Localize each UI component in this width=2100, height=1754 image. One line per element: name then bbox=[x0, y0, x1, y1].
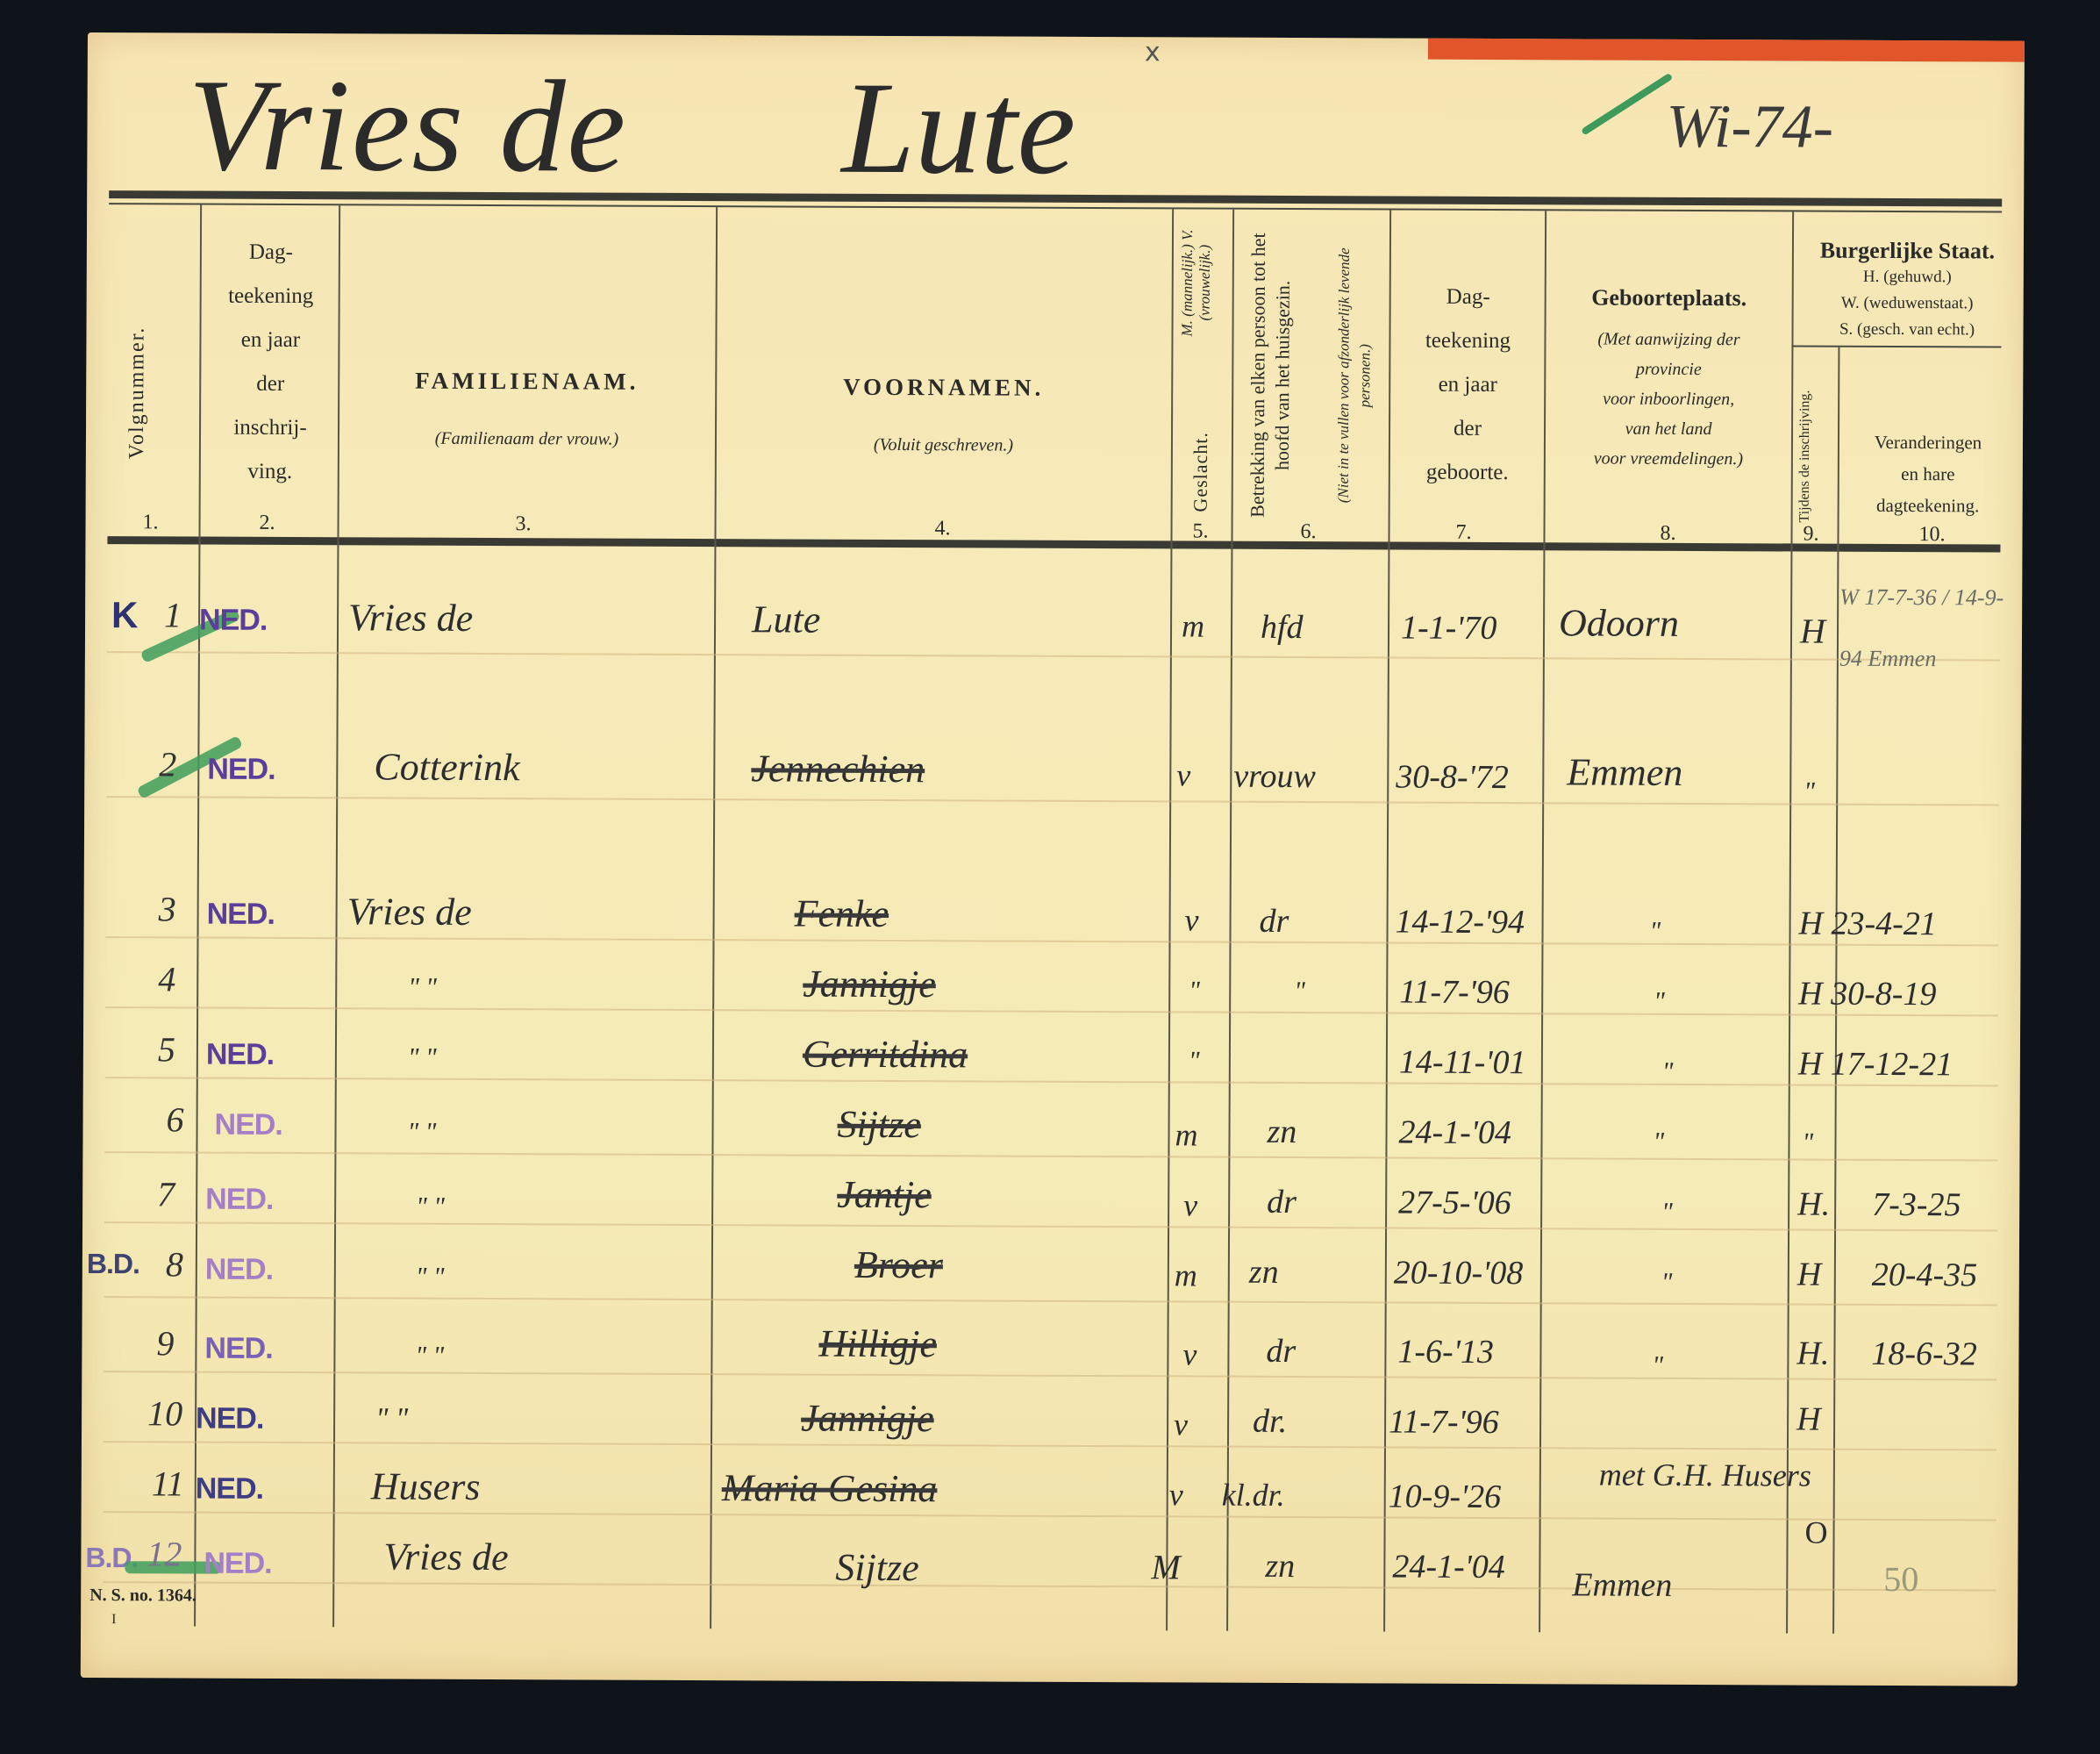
relation-cell: dr bbox=[1266, 1332, 1296, 1371]
birthdate-cell: 24-1-'04 bbox=[1392, 1548, 1505, 1587]
birthdate-cell: 24-1-'04 bbox=[1398, 1113, 1511, 1153]
firstname-cell: Jannigje bbox=[801, 1396, 934, 1442]
firstname-cell: Hilligje bbox=[818, 1321, 937, 1367]
changes-cell: 7-3-25 bbox=[1872, 1185, 1961, 1224]
col-number: 8. bbox=[1660, 522, 1675, 546]
col4-subtitle: (Voluit geschreven.) bbox=[718, 434, 1169, 456]
changes-cell: H 17-12-21 bbox=[1798, 1045, 1953, 1085]
col8-line: (Met aanwijzing der bbox=[1546, 324, 1790, 354]
status-cell: H. bbox=[1797, 1185, 1830, 1224]
row-number: 9 bbox=[156, 1322, 174, 1364]
sex-cell: v bbox=[1169, 1476, 1183, 1513]
red-index-tab bbox=[1428, 39, 2025, 62]
birthdate-cell: 30-8-'72 bbox=[1396, 758, 1509, 798]
sex-cell: " bbox=[1189, 976, 1200, 1006]
status-legend-w: W. (weduwenstaat.) bbox=[1796, 290, 2019, 317]
firstname-cell: Gerritdina bbox=[803, 1032, 968, 1077]
sex-cell: m bbox=[1182, 607, 1204, 644]
surname-cell: Husers bbox=[371, 1464, 481, 1509]
col2-line: en jaar bbox=[204, 319, 336, 363]
birthplace-cell: Emmen bbox=[1567, 749, 1682, 795]
col-number: 10. bbox=[1918, 523, 1945, 547]
birthplace-cell: " bbox=[1649, 917, 1661, 947]
status-cell: " bbox=[1804, 777, 1815, 807]
sex-cell: m bbox=[1175, 1116, 1197, 1153]
sex-cell: v bbox=[1182, 1335, 1196, 1372]
relation-cell: zn bbox=[1267, 1113, 1296, 1151]
row-prefix-stamp: B.D. bbox=[87, 1248, 139, 1280]
col7-line: geboorte. bbox=[1393, 450, 1542, 495]
col6-header: Betrekking van elken persoon tot het hoo… bbox=[1246, 218, 1335, 533]
row-line bbox=[104, 1441, 1996, 1450]
nationality-stamp: NED. bbox=[196, 1472, 263, 1507]
col-number: 1. bbox=[143, 511, 159, 534]
birthdate-cell: 10-9-'26 bbox=[1389, 1477, 1502, 1516]
col8-header: Geboorteplaats. bbox=[1547, 284, 1791, 311]
col7-line: der bbox=[1393, 406, 1542, 451]
col-number: 4. bbox=[934, 517, 950, 541]
birthplace-cell: " bbox=[1661, 1268, 1673, 1298]
sex-cell: v bbox=[1183, 1186, 1197, 1223]
col-divider-5 bbox=[1226, 210, 1234, 1631]
birthplace-cell: " bbox=[1652, 1351, 1663, 1381]
birthplace-cell: " bbox=[1661, 1198, 1673, 1228]
col1-header: Volgnummer. bbox=[125, 296, 150, 489]
col8-line: provincie bbox=[1546, 354, 1790, 384]
status-cell: H bbox=[1796, 1400, 1821, 1439]
row-number: 7 bbox=[157, 1173, 175, 1214]
status-cell: O bbox=[1804, 1514, 1827, 1551]
col3-header: FAMILIENAAM. bbox=[340, 367, 713, 396]
col-number: 6. bbox=[1300, 520, 1316, 544]
registration-card: Vries de Lute x Wi-74- Volgnummer. Dag- … bbox=[81, 32, 2025, 1686]
nationality-stamp: NED. bbox=[207, 898, 275, 932]
birthplace-cell: " bbox=[1653, 1128, 1664, 1157]
col5-mv-legend: M. (mannelijk.) V. (vrouwelijk.) bbox=[1178, 221, 1214, 344]
surname-cell: " " bbox=[416, 1192, 445, 1222]
col10-header: Veranderingen en hare dagteekening. bbox=[1840, 426, 2016, 522]
col7-line: Dag- bbox=[1394, 275, 1543, 319]
col-number: 3. bbox=[515, 512, 531, 536]
changes-cell: H 30-8-19 bbox=[1798, 975, 1936, 1014]
row-number: 10 bbox=[147, 1392, 182, 1434]
birthdate-cell: 20-10-'08 bbox=[1394, 1254, 1524, 1293]
relation-cell: zn bbox=[1249, 1253, 1279, 1292]
sex-cell: " bbox=[1189, 1046, 1200, 1076]
birthplace-cell: Odoorn bbox=[1559, 600, 1679, 646]
firstname-cell: Jannigje bbox=[803, 962, 936, 1007]
relation-cell: hfd bbox=[1261, 608, 1304, 647]
col8-line: voor vreemdelingen.) bbox=[1546, 443, 1790, 474]
surname-cell: Cotterink bbox=[374, 744, 519, 790]
row-line bbox=[105, 1077, 1998, 1086]
row-line bbox=[104, 1296, 1997, 1306]
row-number: 5 bbox=[158, 1028, 175, 1070]
row-prefix-stamp: K bbox=[111, 594, 138, 636]
nationality-stamp: NED. bbox=[199, 604, 267, 638]
row-line bbox=[104, 1221, 1997, 1231]
card-number: Wi-74- bbox=[1666, 92, 1833, 163]
row-line bbox=[107, 651, 2000, 661]
row-line bbox=[105, 936, 1998, 946]
col-number: 5. bbox=[1192, 520, 1208, 544]
row-number: 3 bbox=[159, 888, 176, 929]
nationality-stamp: NED. bbox=[206, 1038, 274, 1072]
status-cell: " bbox=[1802, 1128, 1813, 1158]
status-cell: H bbox=[1800, 611, 1825, 652]
birthdate-cell: 11-7-'96 bbox=[1399, 973, 1510, 1013]
col2-line: der bbox=[204, 362, 336, 407]
row-line bbox=[104, 1371, 1996, 1380]
col-divider-3 bbox=[710, 207, 718, 1629]
col5-header: Geslacht. bbox=[1189, 405, 1213, 537]
col9-header: Tijdens de inschrijving. bbox=[1796, 387, 1836, 527]
col7-line: teekening bbox=[1393, 319, 1542, 363]
changes-cell: 20-4-35 bbox=[1872, 1256, 1978, 1295]
col8-subtitle: (Met aanwijzing der provincie voor inboo… bbox=[1546, 324, 1791, 474]
col8-line: van het land bbox=[1546, 413, 1790, 444]
sex-cell: m bbox=[1175, 1256, 1197, 1293]
table-header-rule bbox=[107, 536, 2000, 552]
sex-cell: M bbox=[1151, 1546, 1181, 1587]
firstname-cell: Fenke bbox=[795, 891, 889, 936]
nationality-stamp: NED. bbox=[196, 1402, 263, 1436]
relation-cell: dr. bbox=[1253, 1402, 1287, 1441]
firstname-cell: Jennechien bbox=[751, 746, 925, 791]
card-firstname: Lute bbox=[841, 62, 1075, 195]
col4-header: VOORNAMEN. bbox=[718, 373, 1169, 402]
birthplace-cell: met G.H. Husers bbox=[1599, 1457, 1811, 1494]
row-number: 8 bbox=[166, 1243, 183, 1285]
col2-line: ving. bbox=[204, 450, 336, 495]
col3-subtitle: (Familienaam der vrouw.) bbox=[340, 428, 713, 450]
surname-cell: " " bbox=[416, 1263, 445, 1292]
sex-cell: v bbox=[1174, 1406, 1188, 1443]
col2-line: inschrij- bbox=[204, 406, 336, 451]
col6-note: (Niet in te vullen voor afzonderlijk lev… bbox=[1333, 218, 1383, 533]
nationality-stamp: NED. bbox=[214, 1108, 282, 1142]
firstname-cell: Lute bbox=[752, 597, 820, 641]
col-number: 9. bbox=[1803, 523, 1818, 547]
burgerlijke-staat-title: Burgerlijke Staat. bbox=[1796, 237, 2019, 264]
col7-line: en jaar bbox=[1393, 362, 1542, 407]
surname-cell: " " bbox=[407, 1118, 436, 1148]
row-number: 4 bbox=[158, 958, 175, 999]
row-line bbox=[104, 1151, 1997, 1161]
birthplace-cell: " bbox=[1654, 987, 1665, 1017]
sex-cell: v bbox=[1185, 901, 1199, 938]
row-number: 12 bbox=[146, 1533, 182, 1574]
birthdate-cell: 27-5-'06 bbox=[1398, 1184, 1511, 1223]
relation-cell: zn bbox=[1265, 1547, 1295, 1586]
birthplace-cell: " bbox=[1662, 1057, 1674, 1087]
birthplace-cell: Emmen bbox=[1572, 1565, 1672, 1604]
firstname-cell: Sijtze bbox=[835, 1545, 919, 1590]
col2-header: Dag- teekening en jaar der inschrij- vin… bbox=[204, 231, 337, 495]
firstname-cell: Maria Gesina bbox=[722, 1465, 938, 1511]
surname-cell: " " bbox=[375, 1402, 408, 1435]
changes-cell: 18-6-32 bbox=[1871, 1335, 1977, 1374]
birthdate-cell: 11-7-'96 bbox=[1389, 1402, 1499, 1442]
relation-cell: vrouw bbox=[1233, 757, 1316, 796]
row-line bbox=[105, 1006, 1998, 1016]
col8-line: voor inboorlingen, bbox=[1546, 383, 1790, 414]
form-number: N. S. no. 1364. bbox=[89, 1586, 196, 1607]
surname-cell: Vries de bbox=[347, 889, 472, 934]
row-line bbox=[106, 796, 1999, 805]
relation-cell: dr bbox=[1259, 902, 1289, 941]
nationality-stamp: NED. bbox=[207, 753, 275, 787]
row-line bbox=[103, 1581, 1996, 1591]
surname-cell: " " bbox=[408, 973, 437, 1003]
card-surname: Vries de bbox=[188, 60, 627, 193]
status-legend-s: S. (gesch. van echt.) bbox=[1795, 316, 2018, 343]
col10-line: dagteekening. bbox=[1840, 490, 2016, 522]
surname-cell: Vries de bbox=[383, 1534, 508, 1579]
row-number: 1 bbox=[164, 594, 182, 635]
col-number: 7. bbox=[1455, 521, 1471, 545]
corner-mark: x bbox=[1145, 37, 1161, 68]
nationality-stamp: NED. bbox=[204, 1332, 272, 1366]
col-number: 2. bbox=[260, 512, 275, 535]
firstname-cell: Sijtze bbox=[837, 1102, 921, 1147]
row-number: 6 bbox=[166, 1099, 183, 1140]
changes-cell: H 23-4-21 bbox=[1798, 905, 1936, 944]
row-number: 11 bbox=[152, 1463, 184, 1504]
col7-header: Dag- teekening en jaar der geboorte. bbox=[1393, 275, 1543, 495]
firstname-cell: Broer bbox=[854, 1242, 943, 1287]
birthdate-cell: 14-11-'01 bbox=[1399, 1043, 1526, 1083]
birthdate-cell: 1-1-'70 bbox=[1401, 609, 1497, 648]
status-legend-h: H. (gehuwd.) bbox=[1796, 263, 2019, 290]
surname-cell: " " bbox=[408, 1043, 437, 1073]
changes-cell: W 17-7-36 / 14-9-94 Emmen bbox=[1839, 567, 2016, 691]
firstname-cell: Jantje bbox=[837, 1172, 932, 1217]
birthdate-cell: 1-6-'13 bbox=[1397, 1333, 1494, 1371]
sex-cell: v bbox=[1176, 756, 1190, 793]
relation-cell: dr bbox=[1267, 1183, 1296, 1221]
birthdate-cell: 14-12-'94 bbox=[1395, 903, 1525, 942]
col10-line: Veranderingen bbox=[1840, 426, 2016, 459]
col2-line: teekening bbox=[205, 275, 337, 319]
col10-line: en hare bbox=[1840, 458, 2016, 490]
nationality-stamp: NED. bbox=[204, 1547, 271, 1581]
changes-cell: 50 bbox=[1883, 1558, 1918, 1600]
nationality-stamp: NED. bbox=[205, 1253, 273, 1287]
row-line bbox=[104, 1511, 1996, 1521]
status-cell: H. bbox=[1796, 1335, 1829, 1373]
col2-line: Dag- bbox=[205, 231, 337, 276]
relation-cell: kl.dr. bbox=[1222, 1477, 1285, 1514]
surname-cell: Vries de bbox=[348, 595, 473, 641]
form-subnumber: I bbox=[111, 1612, 116, 1628]
row-number: 2 bbox=[159, 743, 176, 784]
status-cell: H bbox=[1797, 1256, 1822, 1294]
nationality-stamp: NED. bbox=[205, 1183, 273, 1217]
burgerlijke-staat-header: Burgerlijke Staat. H. (gehuwd.) W. (wedu… bbox=[1795, 237, 2019, 343]
green-pencil-mark bbox=[1581, 73, 1673, 136]
burgerlijke-staat-rule bbox=[1791, 345, 2001, 347]
col-divider-4 bbox=[1166, 209, 1174, 1630]
relation-cell: " bbox=[1294, 977, 1305, 1006]
surname-cell: " " bbox=[415, 1342, 444, 1371]
